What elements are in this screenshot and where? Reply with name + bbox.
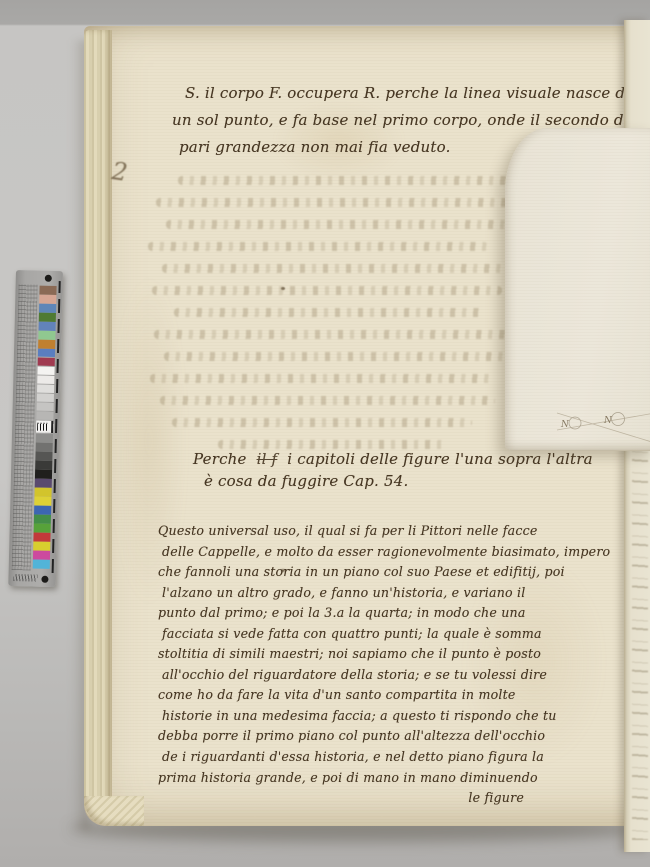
colorbar-patch (36, 411, 53, 420)
manuscript-photo: 2 S. il corpo F. occupera R. perche la l… (0, 0, 650, 867)
body-line: che fannoli una storia in un piano col s… (158, 562, 558, 583)
show-through-line (148, 242, 488, 251)
show-through-line (156, 198, 516, 207)
body-line: delle Cappelle, e molto da esser ragione… (162, 542, 558, 563)
colorbar-patch (37, 366, 54, 375)
chapter-heading-line1: Perche il f i capitoli delle figure l'un… (193, 450, 593, 468)
show-through-line (178, 176, 528, 185)
show-through-line (154, 330, 524, 339)
body-line: Questo universal uso, il qual si fa per … (158, 521, 558, 542)
colorbar-patch (38, 348, 55, 357)
colorbar-patch (33, 551, 50, 560)
colorbar-patch (38, 330, 55, 339)
show-through-line (164, 352, 519, 361)
colorbar-patch (33, 542, 50, 551)
heading-post: i capitoli delle figure l'una sopra l'al… (287, 450, 592, 468)
colorbar-patch (35, 470, 52, 479)
colorbar-barcode-label (36, 421, 53, 433)
show-through-line (152, 286, 502, 295)
body-line: punto dal primo; e poi la 3.a la quarta;… (158, 603, 558, 624)
calibration-footer-script (13, 574, 37, 582)
colorbar-patch (37, 393, 54, 402)
facing-page-text-fragments (632, 420, 648, 840)
colorbar-patch (38, 357, 55, 366)
colorbar-patch (39, 322, 56, 331)
colorbar-patch (33, 560, 50, 569)
colorbar-patch (38, 339, 55, 348)
body-line: prima historia grande, e poi di mano in … (158, 768, 558, 789)
body-line: historie in una medesima faccia; a quest… (162, 706, 558, 727)
colorbar-patch (39, 286, 56, 295)
body-line: stoltitia di simili maestri; noi sapiamo… (158, 644, 558, 665)
colorbar-patch (36, 443, 53, 452)
inserted-paper-flap: N N (505, 128, 650, 451)
body-line: l'alzano un altro grado, e fanno un'hist… (162, 583, 558, 604)
show-through-line (218, 440, 448, 449)
body-line: debba porre il primo piano col punto all… (158, 726, 558, 747)
show-through-line (150, 374, 495, 383)
colorbar-patch (39, 304, 56, 313)
heading-struck-word: il f (257, 450, 278, 468)
show-through-line (160, 396, 495, 405)
colorbar-patch (33, 533, 50, 542)
diagram-label-n1: N (560, 420, 570, 430)
colorbar-patch (34, 506, 51, 515)
colorbar-patch (35, 461, 52, 470)
show-through-block (148, 176, 548, 462)
colorbar-patch (35, 479, 52, 488)
colorbar-patch (34, 488, 51, 497)
body-line: facciata si vede fatta con quattro punti… (162, 624, 558, 645)
heading-pre: Perche (193, 450, 247, 468)
body-last-line: le figure (162, 788, 558, 809)
diagram-label-n2: N (603, 416, 613, 426)
show-through-line (162, 264, 527, 273)
colorbar-patch (39, 295, 56, 304)
show-through-line (174, 308, 484, 317)
colorbar-patch (35, 452, 52, 461)
colorbar-patch (36, 434, 53, 443)
calibration-bottom-dot (41, 576, 48, 583)
colorbar-patch (39, 313, 56, 322)
colorbar-patch (34, 515, 51, 524)
colorbar-patch (34, 497, 51, 506)
perspective-diagram: N N (505, 258, 650, 448)
colorbar-patch (34, 524, 51, 533)
page-stack-edges (84, 30, 112, 824)
colorbar-patch (37, 384, 54, 393)
chapter-heading-line2: è cosa da fuggire Cap. 54. (204, 472, 408, 490)
body-line: all'occhio del riguardatore della storia… (162, 665, 558, 686)
color-calibration-strip (8, 270, 63, 587)
body-paragraph: Questo universal uso, il qual si fa per … (158, 521, 558, 809)
colorbar-patch (37, 375, 54, 384)
calibration-top-dot (45, 275, 52, 282)
body-line: de i riguardanti d'essa historia, e nel … (162, 747, 558, 768)
top-paragraph-line: S. il corpo F. occupera R. perche la lin… (185, 80, 634, 107)
show-through-line (172, 418, 472, 427)
body-line: come ho da fare la vita d'un santo compa… (158, 685, 558, 706)
colorbar-patch (37, 402, 54, 411)
show-through-line (166, 220, 541, 229)
